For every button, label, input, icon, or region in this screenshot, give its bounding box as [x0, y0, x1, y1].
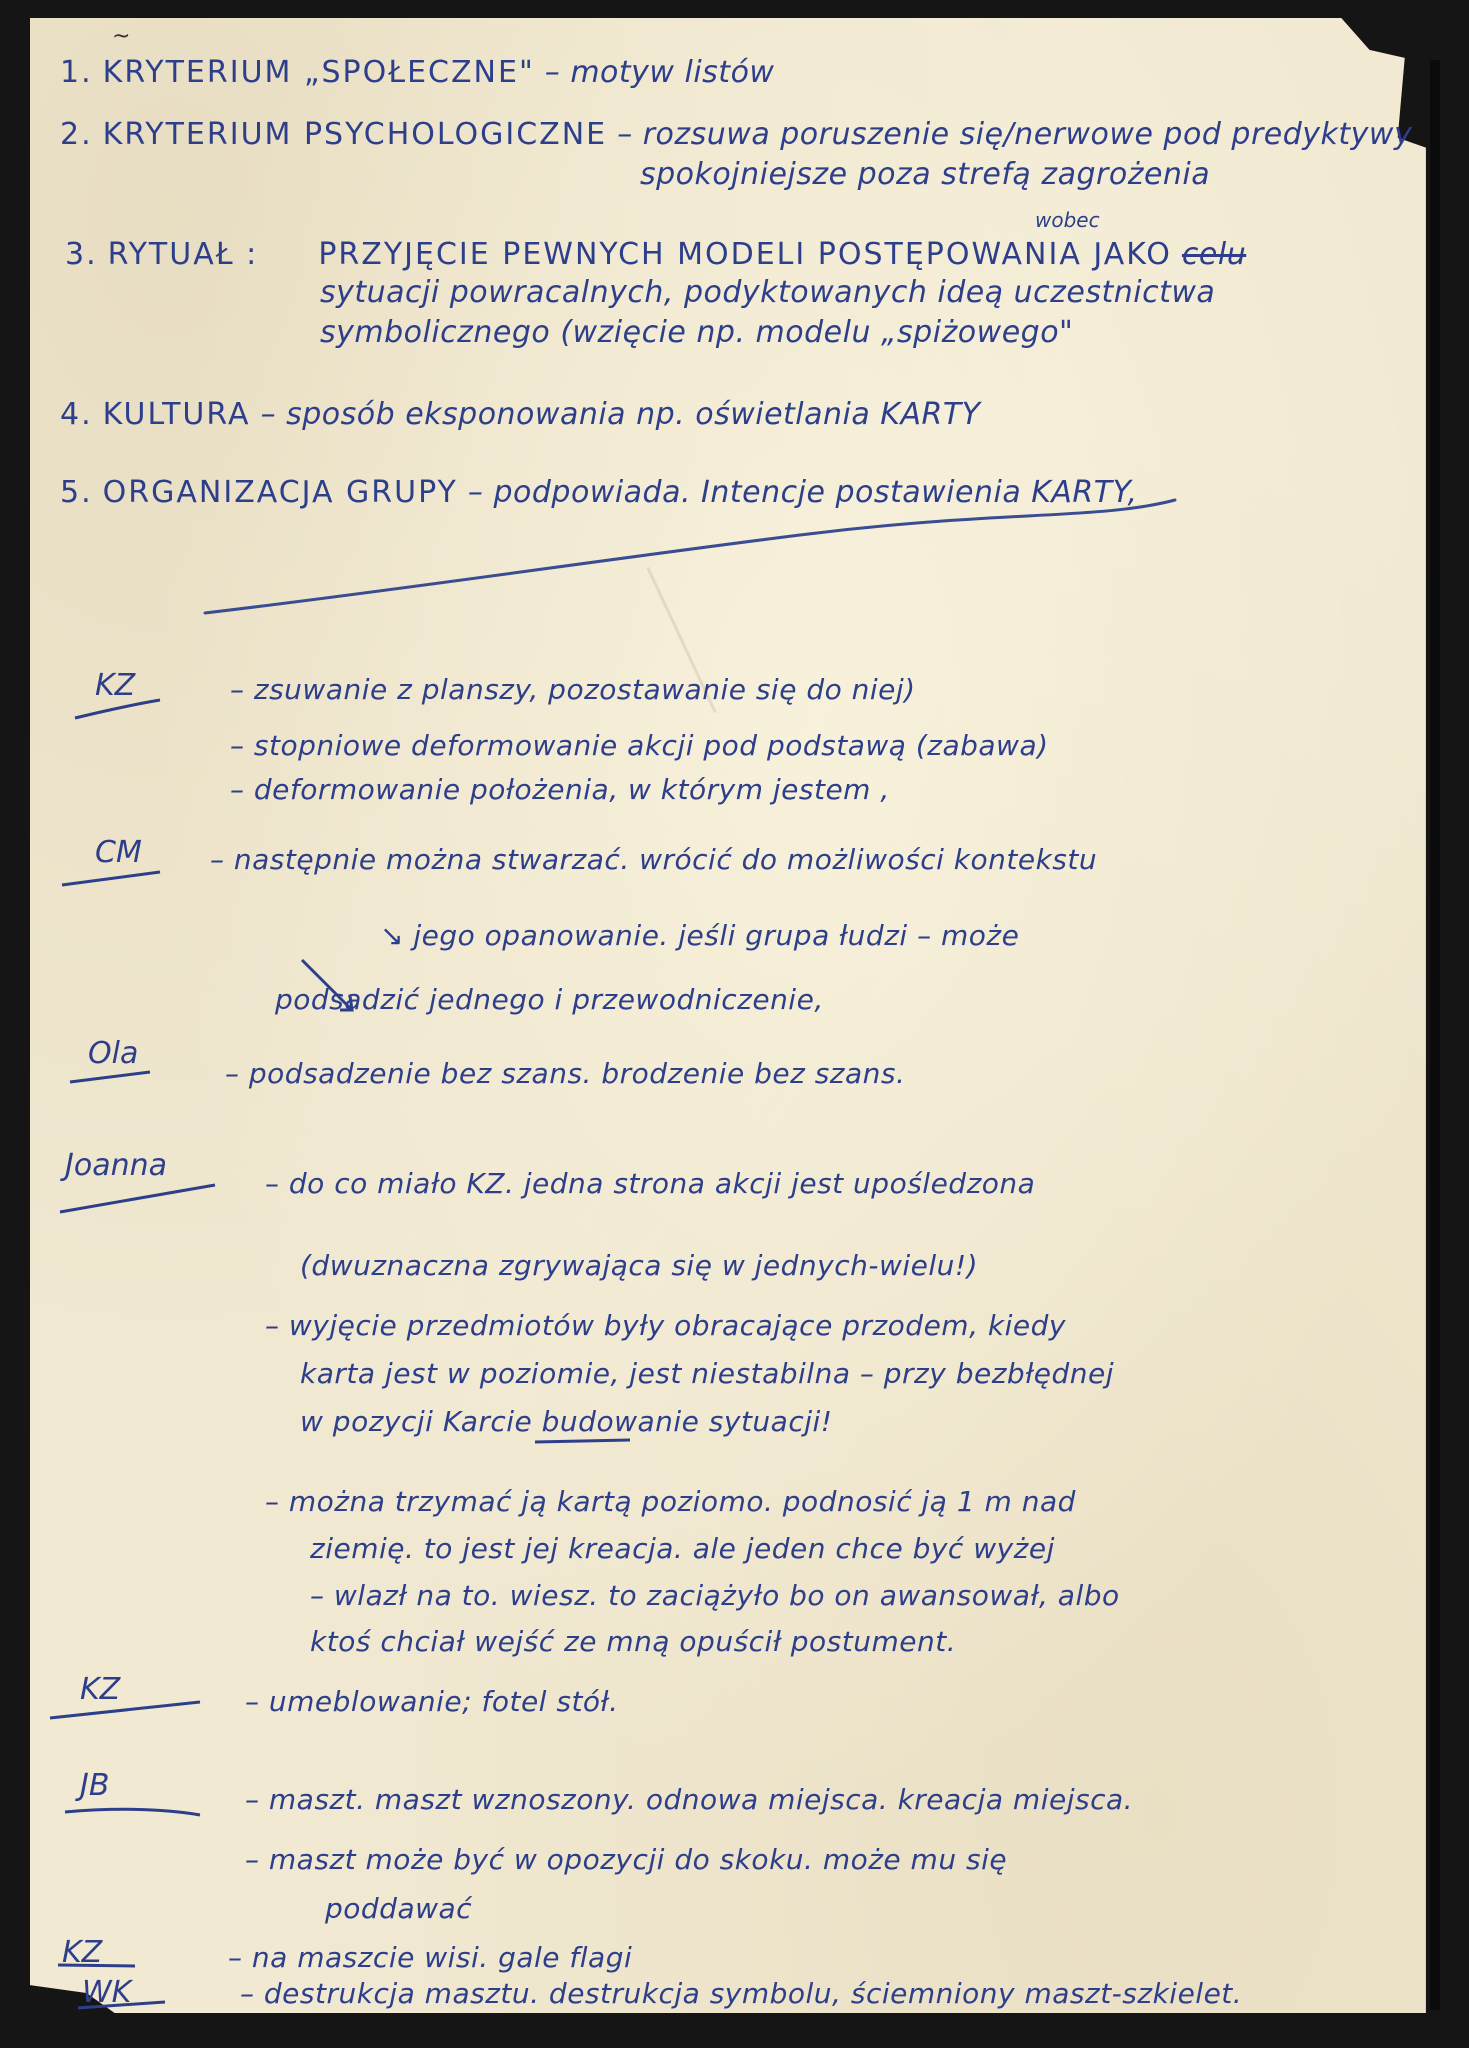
criterion-title: KRYTERIUM „SPOŁECZNE" — [103, 55, 535, 90]
criterion-title: KRYTERIUM PSYCHOLOGICZNE — [103, 117, 607, 152]
paper-edge-shadow — [1430, 60, 1440, 2010]
criterion-5: 5. ORGANIZACJA GRUPY – podpowiada. Inten… — [60, 478, 1138, 508]
note-line: – destrukcja masztu. destrukcja symbolu,… — [240, 1980, 1242, 2008]
criterion-2: 2. KRYTERIUM PSYCHOLOGICZNE – rozsuwa po… — [60, 120, 1412, 150]
criterion-number: 5. — [60, 475, 93, 510]
criterion-1: 1. KRYTERIUM „SPOŁECZNE" – motyw listów — [60, 58, 774, 88]
criterion-title: ORGANIZACJA GRUPY — [103, 475, 458, 510]
note-line: (dwuznaczna zgrywająca się w jednych-wie… — [300, 1252, 978, 1280]
note-line: ↘ jego opanowanie. jeśli grupa łudzi – m… — [380, 922, 1019, 950]
note-line: – deformowanie położenia, w którym jeste… — [230, 776, 890, 804]
speaker-label: KZ — [80, 1672, 120, 1707]
note-line: – do co miało KZ. jedna strona akcji jes… — [265, 1170, 1035, 1198]
struck-word: celu — [1182, 237, 1246, 272]
criterion-text: PRZYJĘCIE PEWNYCH MODELI POSTĘPOWANIA JA… — [318, 237, 1172, 272]
insertion-mark: wobec — [1035, 208, 1100, 232]
note-line: karta jest w poziomie, jest niestabilna … — [300, 1360, 1114, 1388]
note-line: – zsuwanie z planszy, pozostawanie się d… — [230, 676, 916, 704]
corner-mark: ~ — [112, 24, 130, 49]
criterion-3: 3. RYTUAŁ : PRZYJĘCIE PEWNYCH MODELI POS… — [65, 240, 1246, 270]
speaker-label: Ola — [88, 1036, 138, 1071]
criterion-3-continuation-1: sytuacji powracalnych, podyktowanych ide… — [320, 278, 1215, 308]
criterion-number: 1. — [60, 55, 93, 90]
criterion-2-continuation: spokojniejsze poza strefą zagrożenia — [640, 160, 1210, 190]
criterion-title: RYTUAŁ : — [108, 237, 259, 272]
note-line: – na maszcie wisi. gale flagi — [228, 1944, 632, 1972]
speaker-label: CM — [95, 835, 142, 870]
note-line: – wlazł na to. wiesz. to zaciążyło bo on… — [310, 1582, 1120, 1610]
criterion-text: – motyw listów — [545, 55, 775, 90]
speaker-label: Joanna — [65, 1148, 167, 1183]
criterion-text: – sposób eksponowania np. oświetlania KA… — [261, 397, 981, 432]
criterion-text: – podpowiada. Intencje postawienia KARTY… — [468, 475, 1138, 510]
speaker-label: JB — [80, 1768, 109, 1803]
criterion-number: 3. — [65, 237, 98, 272]
criterion-text: – rozsuwa poruszenie się/nerwowe pod pre… — [617, 117, 1412, 152]
note-line: podsadzić jednego i przewodniczenie, — [275, 986, 824, 1014]
note-line: – maszt może być w opozycji do skoku. mo… — [245, 1846, 1007, 1874]
speaker-label: KZ — [62, 1935, 102, 1970]
speaker-label: WK — [82, 1975, 131, 2010]
note-line: w pozycji Karcie budowanie sytuacji! — [300, 1408, 833, 1436]
criterion-number: 2. — [60, 117, 93, 152]
note-line: – podsadzenie bez szans. brodzenie bez s… — [225, 1060, 905, 1088]
note-line: – maszt. maszt wznoszony. odnowa miejsca… — [245, 1786, 1133, 1814]
note-line: – wyjęcie przedmiotów były obracające pr… — [265, 1312, 1066, 1340]
note-line: ktoś chciał wejść ze mną opuścił postume… — [310, 1628, 956, 1656]
note-line: poddawać — [325, 1895, 472, 1923]
note-line: ziemię. to jest jej kreacja. ale jeden c… — [310, 1535, 1055, 1563]
note-line: – stopniowe deformowanie akcji pod podst… — [230, 732, 1049, 760]
criterion-4: 4. KULTURA – sposób eksponowania np. ośw… — [60, 400, 981, 430]
speaker-label: KZ — [95, 668, 135, 703]
note-line: – można trzymać ją kartą poziomo. podnos… — [265, 1488, 1076, 1516]
criterion-3-continuation-2: symbolicznego (wzięcie np. modelu „spiżo… — [320, 318, 1073, 348]
note-line: – następnie można stwarzać. wrócić do mo… — [210, 846, 1097, 874]
criterion-number: 4. — [60, 397, 93, 432]
note-line: – umeblowanie; fotel stół. — [245, 1688, 619, 1716]
criterion-title: KULTURA — [103, 397, 251, 432]
